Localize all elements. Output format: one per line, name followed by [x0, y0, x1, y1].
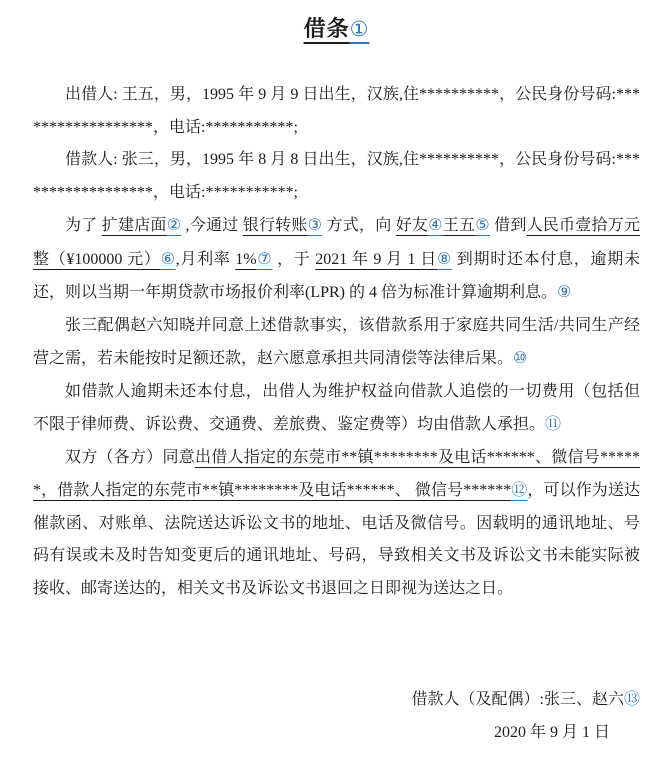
annotation-number: ⑬ [624, 689, 640, 708]
text-run: 方式，向 [322, 217, 395, 234]
text-run: 好友 [396, 217, 428, 234]
text-run: 借款人（及配偶）:张三、赵六 [412, 691, 624, 708]
text-run: 借到 [490, 217, 527, 234]
spouse-consent-paragraph: 张三配偶赵六知晓并同意上述借款事实，该借款系用于家庭共同生活/共同生产经营之需，… [33, 310, 640, 376]
signature-line: 借款人（及配偶）:张三、赵六⑬ [33, 683, 640, 717]
text-run: 扩建店面 [102, 217, 167, 234]
date-line: 2020 年 9 月 1 日 [33, 717, 640, 750]
text-run: 出借人: 王五，男，1995 年 9 月 9 日出生，汉族,住*********… [33, 86, 640, 136]
title-text: 借条 [304, 16, 350, 41]
text-run: 2020 年 9 月 1 日 [494, 724, 610, 741]
annotation-number: ③ [308, 215, 323, 234]
document-title: 借条① [33, 12, 640, 43]
text-run: 1% [235, 251, 256, 268]
annotation-number: ⑥ [161, 249, 176, 268]
annotation-number: ② [167, 215, 182, 234]
text-run: ,今通过 [181, 217, 242, 234]
text-run: 王五 [443, 217, 475, 234]
text-run: 借款人: 张三，男，1995 年 8 月 8 日出生，汉族,住*********… [33, 151, 640, 201]
title-annotation-badge: ① [350, 17, 370, 41]
annotation-number: ⑪ [545, 414, 561, 433]
text-run: 张三配偶赵六知晓并同意上述借款事实，该借款系用于家庭共同生活/共同生产经营之需，… [33, 317, 640, 368]
text-run: 为了 [65, 217, 102, 234]
title-inner: 借条① [304, 16, 370, 41]
text-run: 双方（各方）同意 [65, 449, 195, 466]
recovery-costs-paragraph: 如借款人逾期未还本付息，出借人为维护权益向借款人追偿的一切费用（包括但不限于律师… [33, 376, 640, 442]
document-body: 出借人: 王五，男，1995 年 9 月 9 日出生，汉族,住*********… [33, 79, 640, 749]
service-address-paragraph: 双方（各方）同意出借人指定的东莞市**镇********及电话******、微信… [33, 442, 640, 606]
text-run: 2021 年 9 月 1 日 [315, 251, 437, 268]
lender-info-paragraph: 出借人: 王五，男，1995 年 9 月 9 日出生，汉族,住*********… [33, 79, 640, 144]
text-run: ,月利率 [176, 251, 236, 268]
annotation-number: ⑫ [511, 480, 527, 499]
borrower-info-paragraph: 借款人: 张三，男，1995 年 8 月 8 日出生，汉族,住*********… [33, 144, 640, 209]
annotation-number: ⑤ [475, 215, 490, 234]
text-run: ，于 [272, 251, 315, 268]
annotation-number: ④ [428, 215, 443, 234]
annotation-number: ⑧ [437, 249, 452, 268]
loan-note-document: 借条① 出借人: 王五，男，1995 年 9 月 9 日出生，汉族,住*****… [0, 0, 671, 763]
annotation-number: ⑨ [557, 282, 571, 301]
text-run: ，可以作为送达催款函、对账单、法院送达诉讼文书的地址、电话及微信号。因载明的通讯… [33, 482, 640, 597]
annotation-number: ⑦ [257, 249, 273, 268]
text-run: 银行转账 [243, 217, 308, 234]
loan-terms-paragraph: 为了 扩建店面② ,今通过 银行转账③ 方式，向 好友④王五⑤ 借到人民币壹拾万… [33, 209, 640, 310]
annotation-number: ⑩ [513, 348, 527, 367]
